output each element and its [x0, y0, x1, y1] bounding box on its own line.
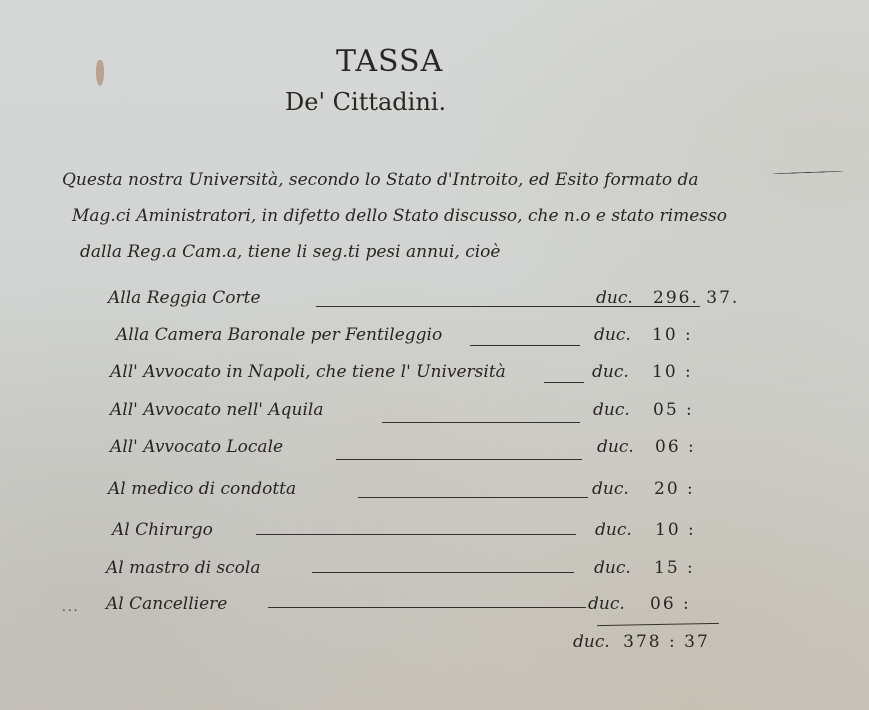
entry-label: Al Cancelliere — [106, 594, 227, 614]
intro-line-2: Mag.ci Aministratori, in difetto dello S… — [72, 206, 727, 226]
leader-line — [268, 607, 586, 608]
entry-currency: duc. — [596, 288, 633, 308]
leader-line — [336, 459, 582, 460]
leader-line — [358, 497, 588, 498]
ledger-row: Al Cancelliere duc. 06 : — [106, 594, 746, 620]
entry-currency: duc. — [594, 558, 631, 578]
entry-label: All' Avvocato nell' Aquila — [110, 400, 323, 420]
ledger-row: All' Avvocato Locale duc. 06 : — [110, 437, 750, 463]
entry-currency: duc. — [592, 362, 629, 382]
entry-currency: duc. — [595, 520, 632, 540]
leader-line — [316, 306, 700, 307]
ink-stain — [96, 60, 104, 86]
margin-mark: ... — [62, 600, 79, 614]
ledger-row: Al mastro di scola duc. 15 : — [106, 558, 746, 584]
entry-amount: 15 : — [654, 558, 695, 578]
intro-line-3: dalla Reg.a Cam.a, tiene li seg.ti pesi … — [80, 242, 500, 262]
entry-currency: duc. — [593, 400, 630, 420]
entry-amount: 06 : — [655, 437, 696, 457]
entry-amount: 296. 37. — [653, 288, 739, 308]
leader-line — [470, 345, 580, 346]
entry-amount: 10 : — [652, 325, 693, 345]
entry-label: Al Chirurgo — [112, 520, 213, 540]
entry-amount: 20 : — [654, 479, 695, 499]
entry-label: All' Avvocato Locale — [110, 437, 283, 457]
ledger-row: Al medico di condotta duc. 20 : — [108, 479, 748, 505]
entry-label: Alla Reggia Corte — [108, 288, 261, 308]
ledger-row: Alla Camera Baronale per Fentileggio duc… — [116, 325, 756, 351]
ledger-row: All' Avvocato nell' Aquila duc. 05 : — [110, 400, 750, 426]
ledger-row: Alla Reggia Corte duc. 296. 37. — [108, 288, 748, 314]
total-amount: 378 : 37 — [623, 632, 710, 652]
entry-amount: 06 : — [650, 594, 691, 614]
entry-currency: duc. — [592, 479, 629, 499]
entry-label: Al mastro di scola — [106, 558, 260, 578]
leader-line — [382, 422, 580, 423]
decorative-flourish — [772, 171, 844, 175]
manuscript-page: TASSA De' Cittadini. Questa nostra Unive… — [0, 0, 869, 710]
entry-amount: 10 : — [655, 520, 696, 540]
entry-amount: 10 : — [652, 362, 693, 382]
leader-line — [312, 572, 574, 573]
document-title: TASSA — [336, 44, 443, 79]
entry-currency: duc. — [597, 437, 634, 457]
ledger-row: All' Avvocato in Napoli, che tiene l' Un… — [110, 362, 750, 388]
total-row: duc. 378 : 37 — [573, 632, 710, 652]
entry-currency: duc. — [594, 325, 631, 345]
total-currency: duc. — [573, 632, 610, 652]
entry-label: All' Avvocato in Napoli, che tiene l' Un… — [110, 362, 506, 382]
leader-line — [256, 534, 576, 535]
entry-label: Alla Camera Baronale per Fentileggio — [116, 325, 442, 345]
intro-line-1: Questa nostra Università, secondo lo Sta… — [62, 170, 699, 190]
entry-label: Al medico di condotta — [108, 479, 296, 499]
entry-amount: 05 : — [653, 400, 694, 420]
total-rule — [597, 623, 719, 626]
document-subtitle: De' Cittadini. — [285, 88, 446, 116]
ledger-row: Al Chirurgo duc. 10 : — [112, 520, 752, 546]
leader-line — [544, 382, 584, 383]
entry-currency: duc. — [588, 594, 625, 614]
